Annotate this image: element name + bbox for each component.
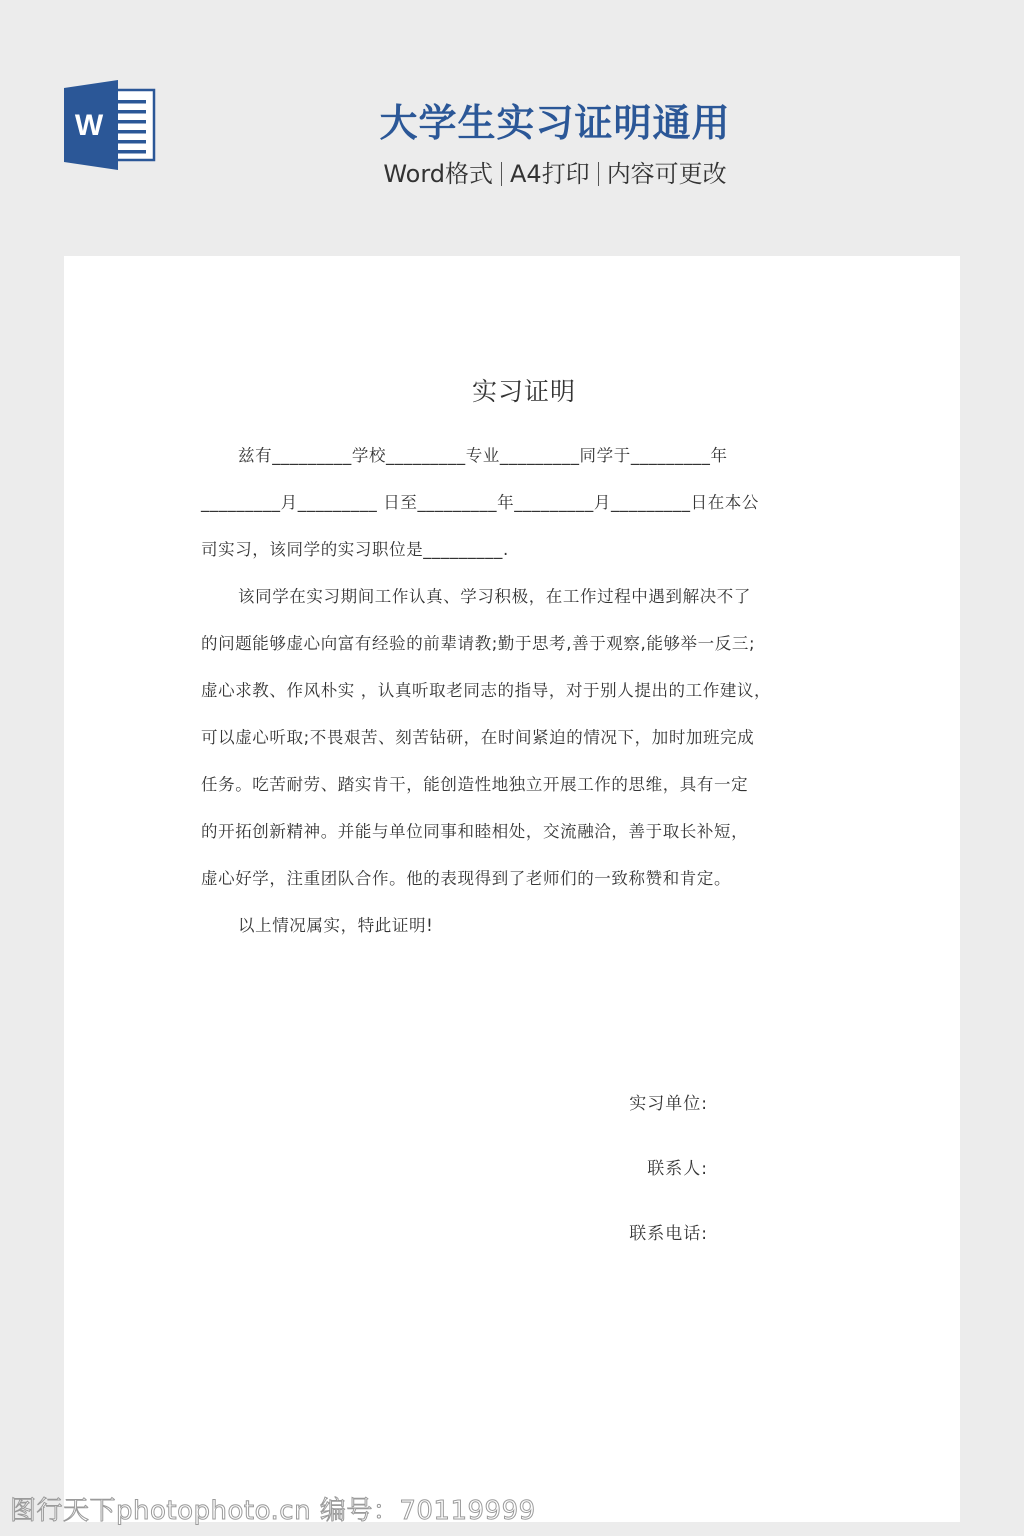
document-page: 实习证明 兹有_________学校_________专业_________同学…: [64, 256, 960, 1522]
body-line: _________月_________ 日至_________年________…: [201, 489, 831, 513]
subtitle-print: A4打印: [510, 160, 590, 188]
watermark: 图行天下photophoto.cn 编号：70119999: [10, 1490, 536, 1527]
body-line: 该同学在实习期间工作认真、学习积极，在工作过程中遇到解决不了: [201, 583, 868, 607]
signature-unit-label: 实习单位:: [629, 1089, 708, 1114]
body-line: 的问题能够虚心向富有经验的前辈请教;勤于思考,善于观察,能够举一反三;: [201, 630, 831, 654]
page-header: W 大学生实习证明通用 Word格式A4打印内容可更改: [0, 0, 1024, 256]
signature-contact-label: 联系人:: [647, 1154, 708, 1179]
subtitle-format: Word格式: [383, 160, 493, 188]
word-doc-icon: W: [64, 80, 156, 170]
body-line: 的开拓创新精神。并能与单位同事和睦相处，交流融洽，善于取长补短，: [201, 818, 831, 842]
body-line: 兹有_________学校_________专业_________同学于____…: [201, 442, 868, 466]
body-line: 虚心求教、作风朴实 ，认真听取老同志的指导，对于别人提出的工作建议，: [201, 677, 831, 701]
divider: [501, 162, 502, 186]
document-title: 实习证明: [64, 372, 984, 408]
body-line: 虚心好学，注重团队合作。他的表现得到了老师们的一致称赞和肯定。: [201, 865, 831, 889]
body-line: 可以虚心听取;不畏艰苦、刻苦钻研，在时间紧迫的情况下，加时加班完成: [201, 724, 831, 748]
closing-line: 以上情况属实，特此证明!: [201, 912, 868, 936]
svg-text:W: W: [75, 109, 104, 142]
header-subtitle: Word格式A4打印内容可更改: [340, 154, 770, 189]
body-line: 司实习，该同学的实习职位是_________.: [201, 536, 831, 560]
body-line: 任务。吃苦耐劳、踏实肯干，能创造性地独立开展工作的思维，具有一定: [201, 771, 831, 795]
divider: [598, 162, 599, 186]
signature-phone-label: 联系电话:: [629, 1219, 708, 1244]
header-title: 大学生实习证明通用: [340, 92, 770, 147]
subtitle-editable: 内容可更改: [607, 160, 727, 188]
